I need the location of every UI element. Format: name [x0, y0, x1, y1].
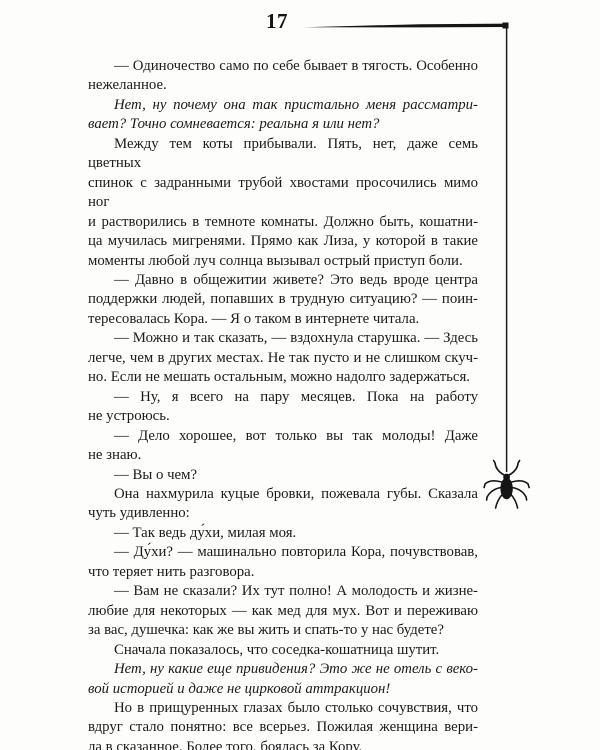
text-line: Сначала показалось, что соседка-кошатниц… [88, 641, 478, 660]
text-line: ца мучилась мигренями. Прямо как Лиза, у… [88, 232, 478, 251]
text-line: Она нахмурила куцые бровки, пожевала губ… [88, 485, 478, 504]
text-line: спинок с задранными трубой хвостами прос… [88, 174, 478, 213]
text-line: не знаю. [88, 446, 478, 465]
text-line: — Давно в общежитии живете? Это ведь вро… [88, 271, 478, 290]
text-line: — Так ведь ду́хи, милая моя. [88, 524, 478, 543]
text-line: — Можно и так сказать, — вздохнула стару… [88, 329, 478, 348]
text-block: — Одиночество само по себе бывает в тяго… [88, 57, 478, 750]
text-line: ла в сказанное. Более того, боялась за К… [88, 738, 478, 750]
text-line: моменты любой луч солнца вызывал острый … [88, 252, 478, 271]
text-line: — Ду́хи? — машинально повторила Кора, по… [88, 543, 478, 562]
text-line: Но в прищуренных глазах было столько соч… [88, 699, 478, 718]
text-line: поддержки людей, попавших в трудную ситу… [88, 290, 478, 309]
text-line: — Ну, я всего на пару месяцев. Пока на р… [88, 388, 478, 407]
text-line: за вас, душечка: как же вы жить и спать-… [88, 621, 478, 640]
text-line: Нет, ну какие еще привидения? Это же не … [88, 660, 478, 679]
text-line: любие для некоторых — как мед для мух. В… [88, 602, 478, 621]
text-line: вдруг стало понятно: все всерьез. Пожила… [88, 718, 478, 737]
text-line: чуть удивленно: [88, 504, 478, 523]
text-line: — Вам не сказали? Их тут полно! А молодо… [88, 582, 478, 601]
text-line: вой историей и даже не цирковой аттракци… [88, 680, 478, 699]
text-line: нежеланное. [88, 76, 478, 95]
text-line: — Дело хорошее, вот только вы так молоды… [88, 427, 478, 446]
text-line: что теряет нить разговора. [88, 563, 478, 582]
text-line: Нет, ну почему она так пристально меня р… [88, 96, 478, 115]
text-line: вает? Точно сомневается: реальна я или н… [88, 115, 478, 134]
text-line: и растворились в темноте комнаты. Должно… [88, 213, 478, 232]
text-line: Между тем коты прибывали. Пять, нет, даж… [88, 135, 478, 174]
text-line: легче, чем в других местах. Не так пусто… [88, 349, 478, 368]
header-rule-corner [503, 23, 509, 29]
header-rule [304, 24, 507, 28]
text-line: не устроюсь. [88, 407, 478, 426]
book-page: 17 — Одиночество само по себе бывает в т… [0, 0, 600, 750]
text-line: — Вы о чем? [88, 466, 478, 485]
text-line: тересовалась Кора. — Я о таком в интерне… [88, 310, 478, 329]
page-number: 17 [255, 9, 299, 34]
text-line: — Одиночество само по себе бывает в тяго… [88, 57, 478, 76]
text-line: но. Если не мешать остальным, можно надо… [88, 368, 478, 387]
